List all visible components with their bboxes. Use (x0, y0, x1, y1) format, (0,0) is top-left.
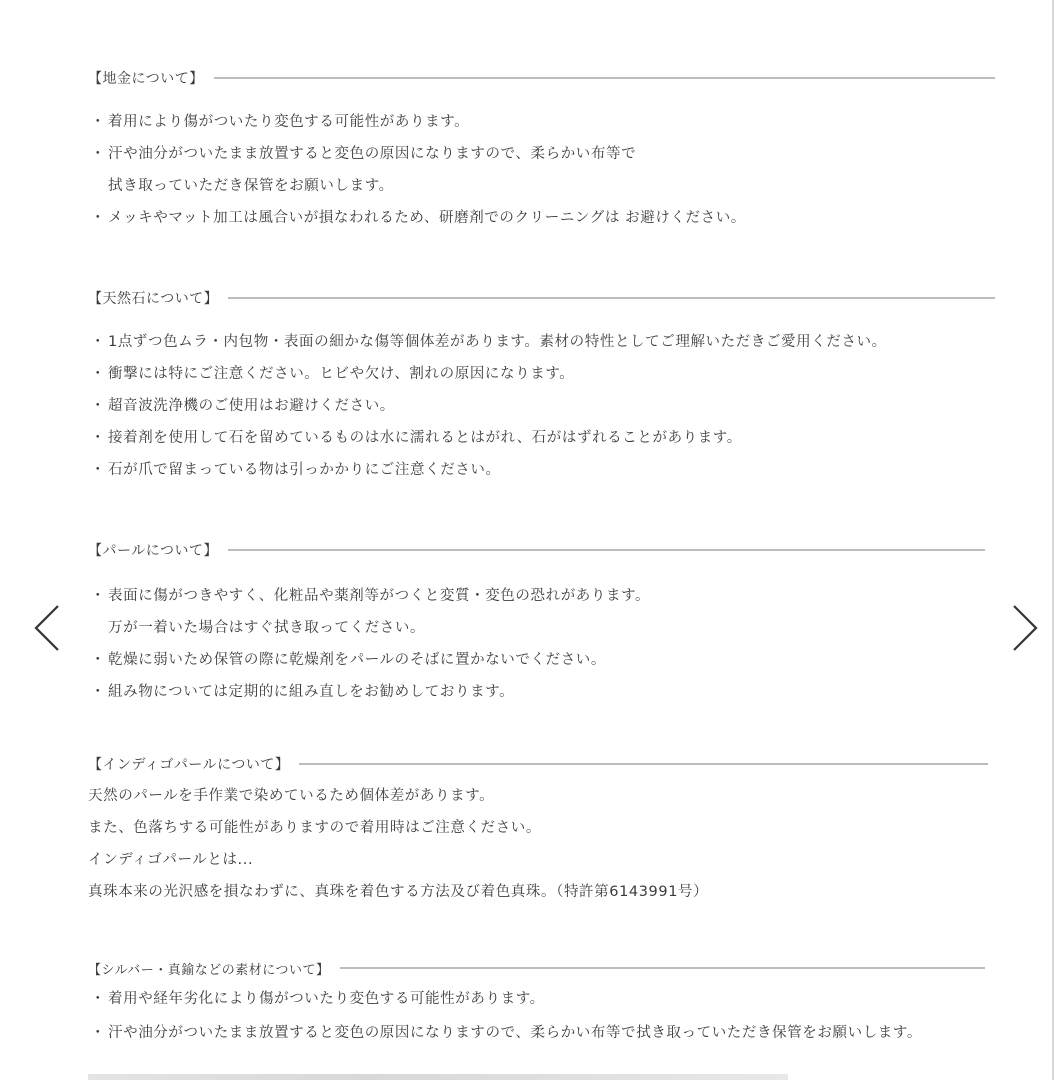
section-heading: 【パールについて】 (88, 540, 218, 560)
list-item: ・汗や油分がついたまま放置すると変色の原因になりますので、柔らかい布等で (88, 138, 998, 170)
list-item-text: 着用により傷がついたり変色する可能性があります。 (108, 114, 469, 130)
section-silver-brass: 【シルバー・真鍮などの素材について】 ・着用や経年劣化により傷がついたり変色する… (88, 956, 998, 1050)
bullet: ・ (88, 138, 108, 170)
bullet: ・ (88, 676, 108, 708)
section-heading-row: 【パールについて】 (88, 538, 985, 562)
section-pearl: 【パールについて】 ・表面に傷がつきやすく、化粧品や薬剤等がつくと変質・変色の恐… (88, 538, 998, 708)
bullet: ・ (88, 580, 108, 612)
list-item: ・表面に傷がつきやすく、化粧品や薬剤等がつくと変質・変色の恐れがあります。 (88, 580, 998, 612)
list-item: ・汗や油分がついたまま放置すると変色の原因になりますので、柔らかい布等で拭き取っ… (88, 1016, 998, 1050)
section-heading-row: 【インディゴパールについて】 (88, 752, 988, 776)
section-heading-row: 【シルバー・真鍮などの素材について】 (88, 956, 985, 980)
bullet: ・ (88, 106, 108, 138)
list-item-text: 石が爪で留まっている物は引っかかりにご注意ください。 (108, 462, 501, 478)
section-base-metal: 【地金について】 ・着用により傷がついたり変色する可能性があります。 ・汗や油分… (88, 66, 998, 234)
list-item-continuation: 万が一着いた場合はすぐ拭き取ってください。 (88, 612, 998, 644)
list-item-text: メッキやマット加工は風合いが損なわれるため、研磨剤でのクリーニングは お避けくだ… (108, 210, 746, 226)
list-item: ・着用や経年劣化により傷がついたり変色する可能性があります。 (88, 982, 998, 1016)
list-item-text: 着用や経年劣化により傷がついたり変色する可能性があります。 (108, 991, 545, 1007)
list-item-continuation: 拭き取っていただき保管をお願いします。 (88, 170, 998, 202)
list-item-text: 接着剤を使用して石を留めているものは水に濡れるとはがれ、石がはずれることがありま… (108, 430, 742, 446)
section-heading: 【シルバー・真鍮などの素材について】 (88, 959, 330, 978)
previous-page-button[interactable] (32, 603, 62, 653)
paragraph-line: 天然のパールを手作業で染めているため個体差があります。 (88, 780, 998, 812)
list-item: ・衝撃には特にご注意ください。ヒビや欠け、割れの原因になります。 (88, 358, 998, 390)
bullet: ・ (88, 422, 108, 454)
next-page-button[interactable] (1010, 603, 1040, 653)
list-item: ・乾燥に弱いため保管の際に乾燥剤をパールのそばに置かないでください。 (88, 644, 998, 676)
bullet: ・ (88, 390, 108, 422)
heading-divider (340, 967, 985, 969)
clipped-partial-line (88, 1068, 788, 1080)
section-heading: 【インディゴパールについて】 (88, 754, 289, 774)
bullet: ・ (88, 454, 108, 486)
list-item-text: 1点ずつ色ムラ・内包物・表面の細かな傷等個体差があります。素材の特性としてご理解… (108, 334, 887, 350)
bullet: ・ (88, 358, 108, 390)
list-item: ・メッキやマット加工は風合いが損なわれるため、研磨剤でのクリーニングは お避けく… (88, 202, 998, 234)
bullet: ・ (88, 326, 108, 358)
heading-divider (228, 297, 995, 299)
list-item-text: 超音波洗浄機のご使用はお避けください。 (108, 398, 395, 414)
bullet: ・ (88, 644, 108, 676)
paragraph-line: 真珠本来の光沢感を損なわずに、真珠を着色する方法及び着色真珠。（特許第61439… (88, 876, 998, 908)
heading-divider (214, 77, 995, 79)
list-item: ・石が爪で留まっている物は引っかかりにご注意ください。 (88, 454, 998, 486)
list-item-text: 汗や油分がついたまま放置すると変色の原因になりますので、柔らかい布等で拭き取って… (108, 1025, 922, 1041)
list-item-text: 拭き取っていただき保管をお願いします。 (108, 178, 394, 194)
list-item: ・1点ずつ色ムラ・内包物・表面の細かな傷等個体差があります。素材の特性としてご理… (88, 326, 998, 358)
chevron-right-icon (1010, 603, 1040, 653)
list-item: ・着用により傷がついたり変色する可能性があります。 (88, 106, 998, 138)
section-natural-stone: 【天然石について】 ・1点ずつ色ムラ・内包物・表面の細かな傷等個体差があります。… (88, 286, 998, 486)
paragraph-line: また、色落ちする可能性がありますので着用時はご注意ください。 (88, 812, 998, 844)
bullet: ・ (88, 1016, 108, 1050)
bullet: ・ (88, 202, 108, 234)
list-item-text: 衝撃には特にご注意ください。ヒビや欠け、割れの原因になります。 (108, 366, 574, 382)
list-item-text: 万が一着いた場合はすぐ拭き取ってください。 (108, 620, 425, 636)
section-heading: 【地金について】 (88, 68, 204, 88)
chevron-left-icon (32, 603, 62, 653)
section-heading-row: 【地金について】 (88, 66, 995, 90)
list-item: ・超音波洗浄機のご使用はお避けください。 (88, 390, 998, 422)
list-item-text: 組み物については定期的に組み直しをお勧めしております。 (108, 684, 514, 700)
list-item-text: 表面に傷がつきやすく、化粧品や薬剤等がつくと変質・変色の恐れがあります。 (108, 588, 650, 604)
heading-divider (299, 763, 988, 765)
section-heading: 【天然石について】 (88, 288, 218, 308)
list-item-text: 乾燥に弱いため保管の際に乾燥剤をパールのそばに置かないでください。 (108, 652, 606, 668)
paragraph-line: インディゴパールとは... (88, 844, 998, 876)
list-item-text: 汗や油分がついたまま放置すると変色の原因になりますので、柔らかい布等で (108, 146, 636, 162)
list-item: ・接着剤を使用して石を留めているものは水に濡れるとはがれ、石がはずれることがあり… (88, 422, 998, 454)
section-indigo-pearl: 【インディゴパールについて】 天然のパールを手作業で染めているため個体差がありま… (88, 752, 998, 908)
section-heading-row: 【天然石について】 (88, 286, 995, 310)
bullet: ・ (88, 982, 108, 1016)
heading-divider (228, 549, 985, 551)
list-item: ・組み物については定期的に組み直しをお勧めしております。 (88, 676, 998, 708)
right-edge-border (1052, 0, 1054, 1080)
